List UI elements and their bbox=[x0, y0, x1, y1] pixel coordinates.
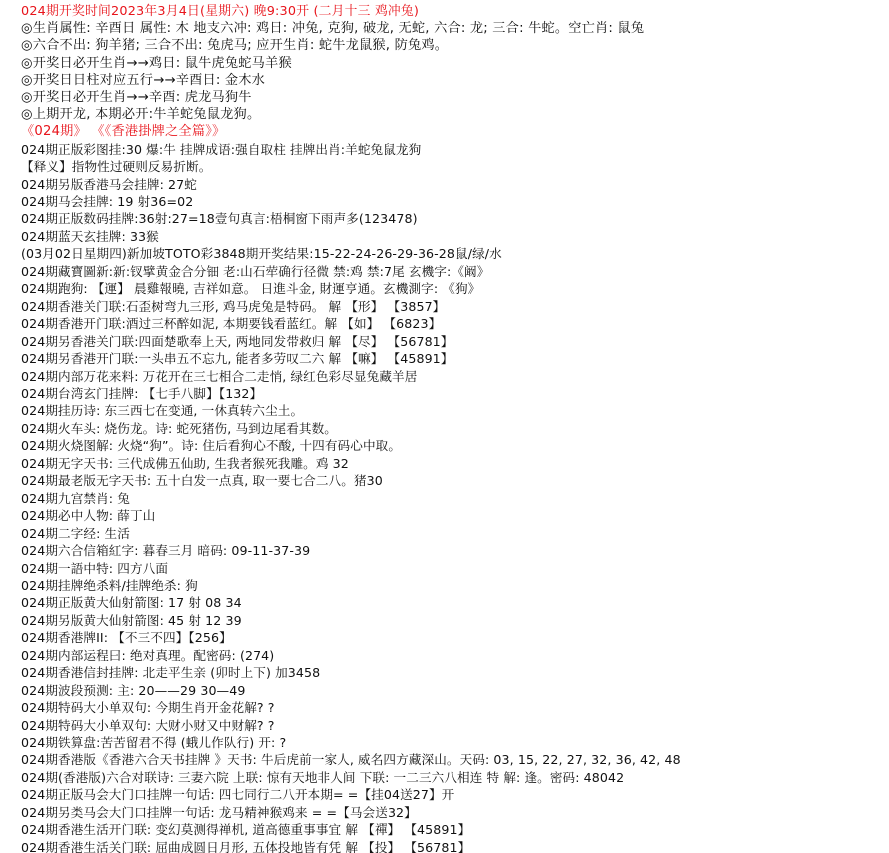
content-line: 【释义】指物性过硬则反易折断。 bbox=[21, 158, 889, 175]
content-line: 024期一語中特: 四方八面 bbox=[21, 560, 889, 577]
content-line: 024期特码大小单双句: 大财小财又中财解? ? bbox=[21, 717, 889, 734]
content-line: 024期九宫禁肖: 兔 bbox=[21, 490, 889, 507]
info-line: ◎开奖日必开生肖→→鸡日: 鼠牛虎兔蛇马羊猴 bbox=[21, 55, 889, 72]
content-line: 024期铁算盘:苦苦留君不得 (蛾儿作队行) 开: ? bbox=[21, 734, 889, 751]
content-line: 024期正版数码挂牌:36射:27=18壹句真言:梧桐窗下雨声多(123478) bbox=[21, 210, 889, 227]
content-line: 024期火烧图解: 火烧“狗”。诗: 住后看狗心不酸, 十四有码心中取。 bbox=[21, 437, 889, 454]
content-list: 024期正版彩图挂:30 爆:牛 挂牌成语:强自取柱 挂牌出肖:羊蛇兔鼠龙狗 【… bbox=[21, 141, 889, 853]
content-line: 024期马会挂牌: 19 射36=02 bbox=[21, 193, 889, 210]
document: 024期开奖时间2023年3月4日(星期六) 晚9:30开 (二月十三 鸡冲兔)… bbox=[21, 3, 889, 853]
content-line: 024期香港关门联:石歪树弯九三形, 鸡马虎兔是特码。 解 【形】 【3857】 bbox=[21, 298, 889, 315]
content-line: 024期正版黄大仙射箭图: 17 射 08 34 bbox=[21, 594, 889, 611]
section-title: 《024期》 《《香港掛牌之全篇》》 bbox=[21, 123, 889, 140]
draw-time-title: 024期开奖时间2023年3月4日(星期六) 晚9:30开 (二月十三 鸡冲兔) bbox=[21, 3, 889, 20]
content-line: 024期香港开门联:酒过三杯醉如泥, 本期要钱看蓝红。解 【如】 【6823】 bbox=[21, 315, 889, 332]
header-block: 024期开奖时间2023年3月4日(星期六) 晚9:30开 (二月十三 鸡冲兔)… bbox=[21, 3, 889, 141]
content-line: 024期香港版《香港六合天书挂牌 》天书: 牛后虎前一家人, 威名四方藏深山。天… bbox=[21, 751, 889, 768]
info-line: ◎上期开龙, 本期必开:牛羊蛇兔鼠龙狗。 bbox=[21, 106, 889, 123]
content-line: 024期另香港关门联:四面楚歌奉上天, 两地同发带救归 解 【尽】 【56781… bbox=[21, 333, 889, 350]
content-line: 024期无字天书: 三代成佛五仙助, 生我者猴死我雕。鸡 32 bbox=[21, 455, 889, 472]
content-line: 024期二字经: 生活 bbox=[21, 525, 889, 542]
content-line: 024期正版马会大门口挂牌一句话: 四七同行二八开本期= =【挂04送27】开 bbox=[21, 786, 889, 803]
info-line: ◎开奖日必开生肖→→辛酉: 虎龙马狗牛 bbox=[21, 89, 889, 106]
content-line: 024期蓝天玄挂牌: 33猴 bbox=[21, 228, 889, 245]
content-line: 024期内部万花来料: 万花开在三七相合二走悄, 绿红色彩尽显兔藏羊居 bbox=[21, 368, 889, 385]
info-line: ◎六合不出: 狗羊猪; 三合不出: 兔虎马; 应开生肖: 蛇牛龙鼠猴, 防兔鸡。 bbox=[21, 37, 889, 54]
content-line: 024期另版香港马会挂牌: 27蛇 bbox=[21, 176, 889, 193]
content-line: 024期香港生活关门联: 屈曲成圆日月形, 五体投地皆有凭 解 【投】 【567… bbox=[21, 839, 889, 853]
content-line: 024期六合信箱紅字: 暮春三月 暗码: 09-11-37-39 bbox=[21, 542, 889, 559]
content-line: 024期另香港开门联:一头串五不忘九, 能者多劳叹二六 解 【嘛】 【45891… bbox=[21, 350, 889, 367]
content-line: (03月02日星期四)新加坡TOTO彩3848期开奖结果:15-22-24-26… bbox=[21, 245, 889, 262]
content-line: 024期香港牌II: 【不三不四】【256】 bbox=[21, 629, 889, 646]
content-line: 024期跑狗: 【運】 晨雞報曉, 吉祥如意。 日進斗金, 財運亨通。玄機測字:… bbox=[21, 280, 889, 297]
content-line: 024期挂历诗: 东三西七在变通, 一休真转六尘土。 bbox=[21, 402, 889, 419]
content-line: 024期(香港版)六合对联诗: 三妻六院 上联: 惊有天地非人间 下联: 一二三… bbox=[21, 769, 889, 786]
content-line: 024期最老版无字天书: 五十白发一点真, 取一要七合二八。猪30 bbox=[21, 472, 889, 489]
content-line: 024期香港信封挂牌: 北走平生亲 (卯时上下) 加3458 bbox=[21, 664, 889, 681]
content-line: 024期台湾玄门挂牌: 【七手八脚】【132】 bbox=[21, 385, 889, 402]
info-line: ◎开奖日日柱对应五行→→辛酉日: 金木水 bbox=[21, 72, 889, 89]
content-line: 024期特码大小单双句: 今期生肖开金花解? ? bbox=[21, 699, 889, 716]
content-line: 024期香港生活开门联: 变幻莫测得禅机, 道高德重事事宜 解 【禪】 【458… bbox=[21, 821, 889, 838]
content-line: 024期波段预测: 主: 20——29 30—49 bbox=[21, 682, 889, 699]
content-line: 024期正版彩图挂:30 爆:牛 挂牌成语:强自取柱 挂牌出肖:羊蛇兔鼠龙狗 bbox=[21, 141, 889, 158]
content-line: 024期必中人物: 薛丁山 bbox=[21, 507, 889, 524]
info-line: ◎生肖属性: 辛酉日 属性: 木 地支六冲: 鸡日: 冲兔, 克狗, 破龙, 无… bbox=[21, 20, 889, 37]
content-line: 024期挂牌绝杀料/挂牌绝杀: 狗 bbox=[21, 577, 889, 594]
content-line: 024期另类马会大门口挂牌一句话: 龙马精神猴鸡来 = =【马会送32】 bbox=[21, 804, 889, 821]
content-line: 024期藏寶圖新:新:钗擘黄金合分钿 老:山石荦确行径微 禁:鸡 禁:7尾 玄機… bbox=[21, 263, 889, 280]
content-line: 024期内部运程曰: 绝对真理。配密码: (274) bbox=[21, 647, 889, 664]
content-line: 024期火车头: 烧伤龙。诗: 蛇死猪伤, 马到边尾看其数。 bbox=[21, 420, 889, 437]
content-line: 024期另版黄大仙射箭图: 45 射 12 39 bbox=[21, 612, 889, 629]
